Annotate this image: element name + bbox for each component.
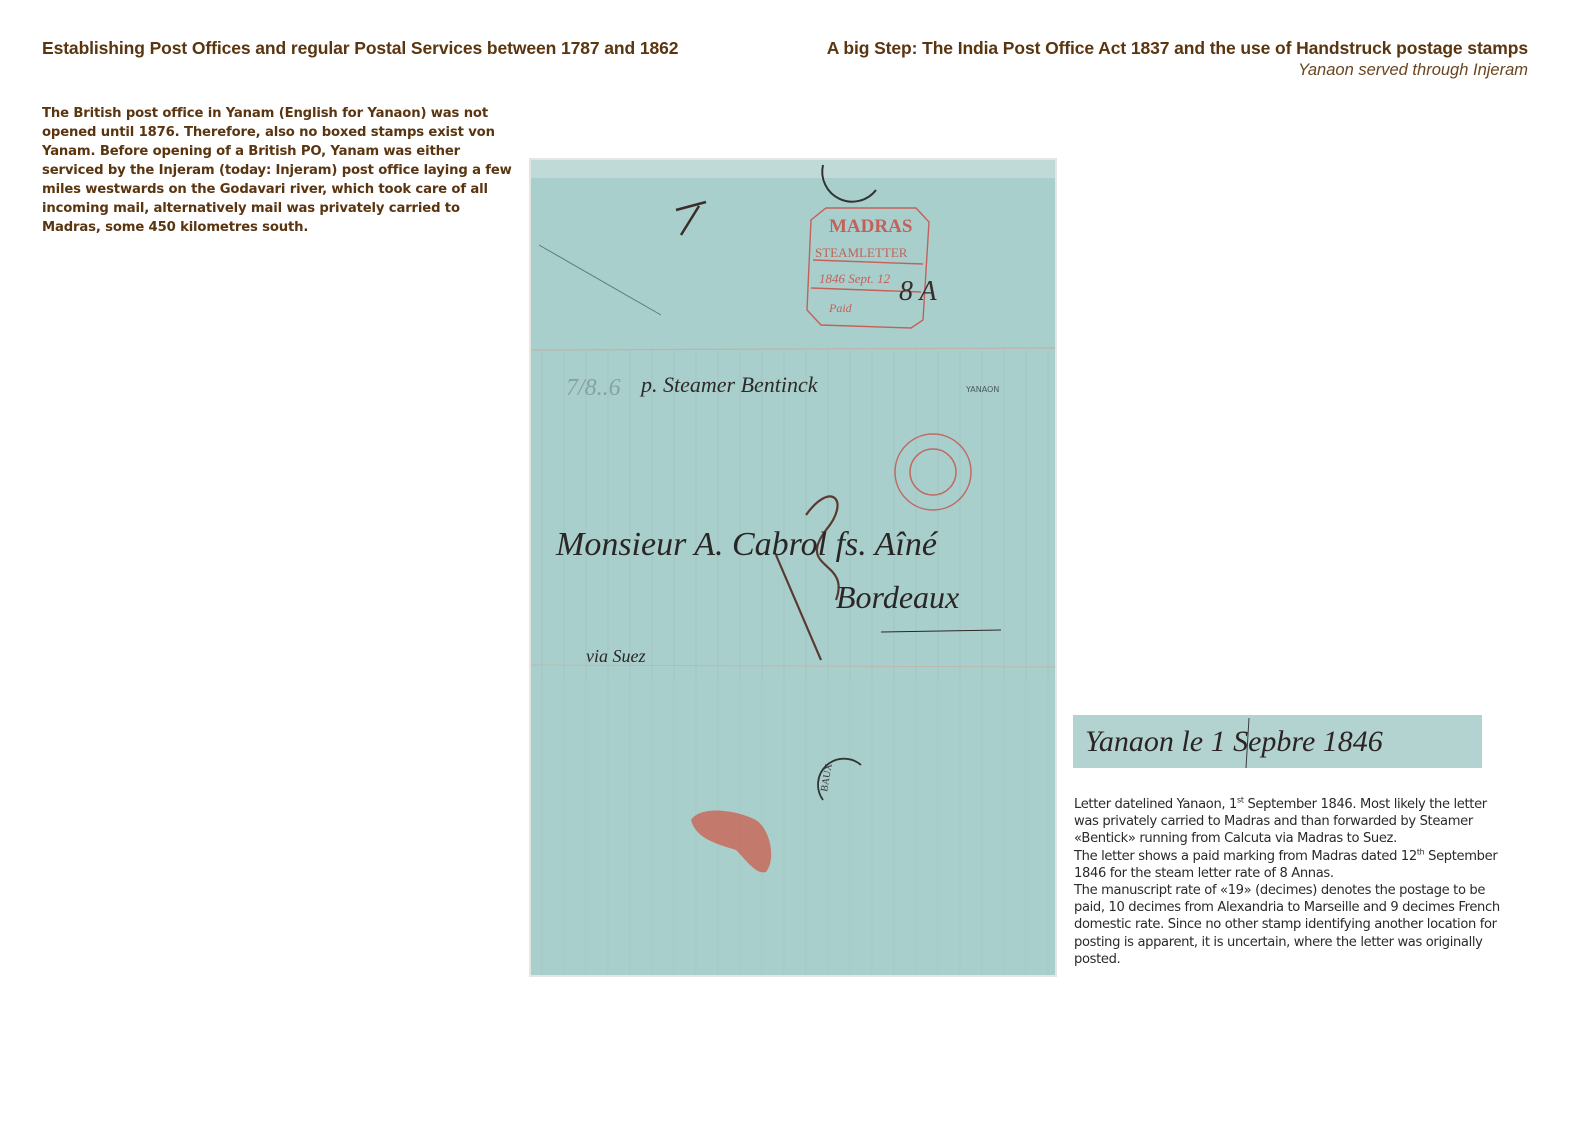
intro-paragraph: The British post office in Yanam (Englis… [42, 104, 512, 237]
page-right-header: A big Step: The India Post Office Act 18… [827, 38, 1528, 80]
caption-paragraph-2: The letter shows a paid marking from Mad… [1074, 848, 1514, 882]
madras-stamp-line1: MADRAS [829, 216, 912, 237]
madras-stamp-line2: STEAMLETTER [815, 245, 908, 260]
svg-text:7/8..6: 7/8..6 [566, 375, 621, 401]
address-line1: Monsieur A. Cabrol fs. Aîné [555, 526, 939, 563]
via-note: via Suez [586, 646, 645, 666]
page-left-title: Establishing Post Offices and regular Po… [42, 38, 678, 59]
route-note: p. Steamer Bentinck [639, 372, 819, 397]
caption-paragraph-1: Letter datelined Yanaon, 1st September 1… [1074, 796, 1514, 848]
dateline-text: Yanaon le 1 Sepbre 1846 [1085, 725, 1383, 758]
page-right-title: A big Step: The India Post Office Act 18… [827, 38, 1528, 59]
caption-block: Letter datelined Yanaon, 1st September 1… [1074, 796, 1514, 968]
manuscript-rate-top: 8 A [899, 276, 937, 307]
pencil-note-yanaon: YANAON [965, 385, 999, 394]
caption-paragraph-3: The manuscript rate of «19» (decimes) de… [1074, 882, 1514, 968]
address-line2: Bordeaux [836, 579, 959, 615]
letter-illustration: MADRAS STEAMLETTER 1846 Sept. 12 Paid 8 … [531, 160, 1055, 975]
page-subtitle: Yanaon served through Injeram [827, 61, 1528, 80]
madras-stamp-line4: Paid [828, 301, 853, 315]
dateline-snippet-image: Yanaon le 1 Sepbre 1846 [1073, 715, 1482, 768]
madras-stamp-line3: 1846 Sept. 12 [819, 271, 891, 286]
letter-cover-image: MADRAS STEAMLETTER 1846 Sept. 12 Paid 8 … [531, 160, 1055, 975]
